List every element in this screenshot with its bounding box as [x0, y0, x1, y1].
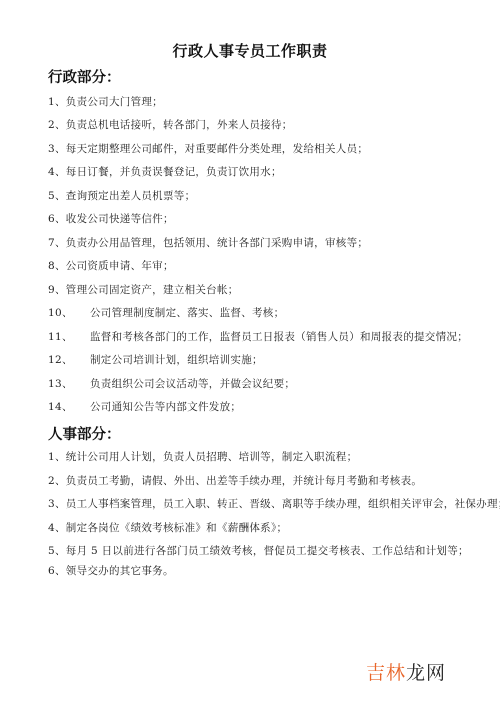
item-text: 每日订餐，并负责误餐登记，负责订饮用水； — [66, 166, 282, 178]
item-text: 负责组织公司会议活动等，并做会议纪要； — [90, 378, 295, 390]
item-text: 查询预定出差人员机票等； — [66, 190, 196, 202]
item-text: 负责员工考勤，请假、外出、出差等手续办理，并统计每月考勤和考核表。 — [66, 475, 422, 487]
item-number: 6、 — [48, 563, 66, 578]
item-text: 负责总机电话接听，转各部门，外来人员接待； — [66, 119, 293, 131]
list-item: 11、监督和考核各部门的工作，监督员工日报表（销售人员）和周报表的提交情况； — [48, 329, 468, 344]
item-text: 管理公司固定资产，建立相关台帐； — [66, 284, 239, 296]
list-item: 5、查询预定出差人员机票等； — [48, 188, 195, 203]
item-text: 监督和考核各部门的工作，监督员工日报表（销售人员）和周报表的提交情况； — [90, 331, 468, 343]
section-heading-admin: 行政部分： — [48, 66, 121, 87]
item-text: 每月 5 日以前进行各部门员工绩效考核，督促员工提交考核表、工作总结和计划等； — [66, 545, 469, 557]
section-heading-hr: 人事部分： — [48, 423, 121, 444]
item-number: 7、 — [48, 235, 66, 250]
list-item: 7、负责办公用品管理，包括领用、统计各部门采购申请，审核等； — [48, 235, 368, 250]
item-number: 10、 — [48, 305, 90, 320]
list-item: 2、负责总机电话接听，转各部门，外来人员接待； — [48, 117, 293, 132]
list-item: 12、制定公司培训计划，组织培训实施； — [48, 352, 263, 367]
item-number: 1、 — [48, 449, 66, 464]
item-text: 领导交办的其它事务。 — [66, 565, 174, 577]
item-number: 4、 — [48, 520, 66, 535]
item-text: 公司通知公告等内部文件发放； — [90, 401, 241, 413]
item-number: 6、 — [48, 211, 66, 226]
item-text: 负责办公用品管理，包括领用、统计各部门采购申请，审核等； — [66, 237, 368, 249]
list-item: 10、公司管理制度制定、落实、监督、考核； — [48, 305, 284, 320]
watermark-accent-text: 吉林 — [366, 662, 406, 684]
item-text: 制定公司培训计划，组织培训实施； — [90, 354, 263, 366]
item-number: 5、 — [48, 188, 66, 203]
list-item: 3、每天定期整理公司邮件，对重要邮件分类处理，发给相关人员； — [48, 141, 368, 156]
item-text: 每天定期整理公司邮件，对重要邮件分类处理，发给相关人员； — [66, 143, 368, 155]
item-text: 统计公司用人计划，负责人员招聘、培训等，制定入职流程； — [66, 451, 358, 463]
list-item: 1、统计公司用人计划，负责人员招聘、培训等，制定入职流程； — [48, 449, 357, 464]
item-text: 公司资质申请、年审； — [66, 260, 174, 272]
list-item: 5、每月 5 日以前进行各部门员工绩效考核，督促员工提交考核表、工作总结和计划等… — [48, 543, 469, 558]
list-item: 3、员工人事档案管理，员工入职、转正、晋级、离职等手续办理，组织相关评审会，社保… — [48, 496, 500, 511]
list-item: 14、公司通知公告等内部文件发放； — [48, 399, 241, 414]
watermark-dark-text: 龙网 — [406, 662, 446, 684]
list-item: 13、负责组织公司会议活动等，并做会议纪要； — [48, 376, 295, 391]
list-item: 9、管理公司固定资产，建立相关台帐； — [48, 282, 239, 297]
list-item: 4、制定各岗位《绩效考核标准》和《薪酬体系》； — [48, 520, 287, 535]
item-number: 3、 — [48, 496, 66, 511]
list-item: 2、负责员工考勤，请假、外出、出差等手续办理，并统计每月考勤和考核表。 — [48, 473, 422, 488]
item-number: 2、 — [48, 473, 66, 488]
list-item: 4、每日订餐，并负责误餐登记，负责订饮用水； — [48, 164, 282, 179]
item-number: 9、 — [48, 282, 66, 297]
item-text: 收发公司快递等信件； — [66, 213, 174, 225]
item-text: 公司管理制度制定、落实、监督、考核； — [90, 307, 284, 319]
item-number: 1、 — [48, 94, 66, 109]
list-item: 1、负责公司大门管理； — [48, 94, 163, 109]
item-number: 5、 — [48, 543, 66, 558]
document-title: 行政人事专员工作职责 — [0, 40, 500, 61]
item-number: 12、 — [48, 352, 90, 367]
item-number: 13、 — [48, 376, 90, 391]
item-text: 制定各岗位《绩效考核标准》和《薪酬体系》； — [66, 522, 288, 534]
item-number: 4、 — [48, 164, 66, 179]
item-number: 14、 — [48, 399, 90, 414]
list-item: 6、收发公司快递等信件； — [48, 211, 174, 226]
item-number: 2、 — [48, 117, 66, 132]
item-text: 负责公司大门管理； — [66, 96, 163, 108]
list-item: 6、领导交办的其它事务。 — [48, 563, 174, 578]
site-watermark-logo: 吉林龙网 — [366, 658, 446, 685]
item-number: 11、 — [48, 329, 90, 344]
list-item: 8、公司资质申请、年审； — [48, 258, 174, 273]
item-number: 8、 — [48, 258, 66, 273]
item-number: 3、 — [48, 141, 66, 156]
item-text: 员工人事档案管理，员工入职、转正、晋级、离职等手续办理，组织相关评审会，社保办理… — [66, 498, 500, 510]
